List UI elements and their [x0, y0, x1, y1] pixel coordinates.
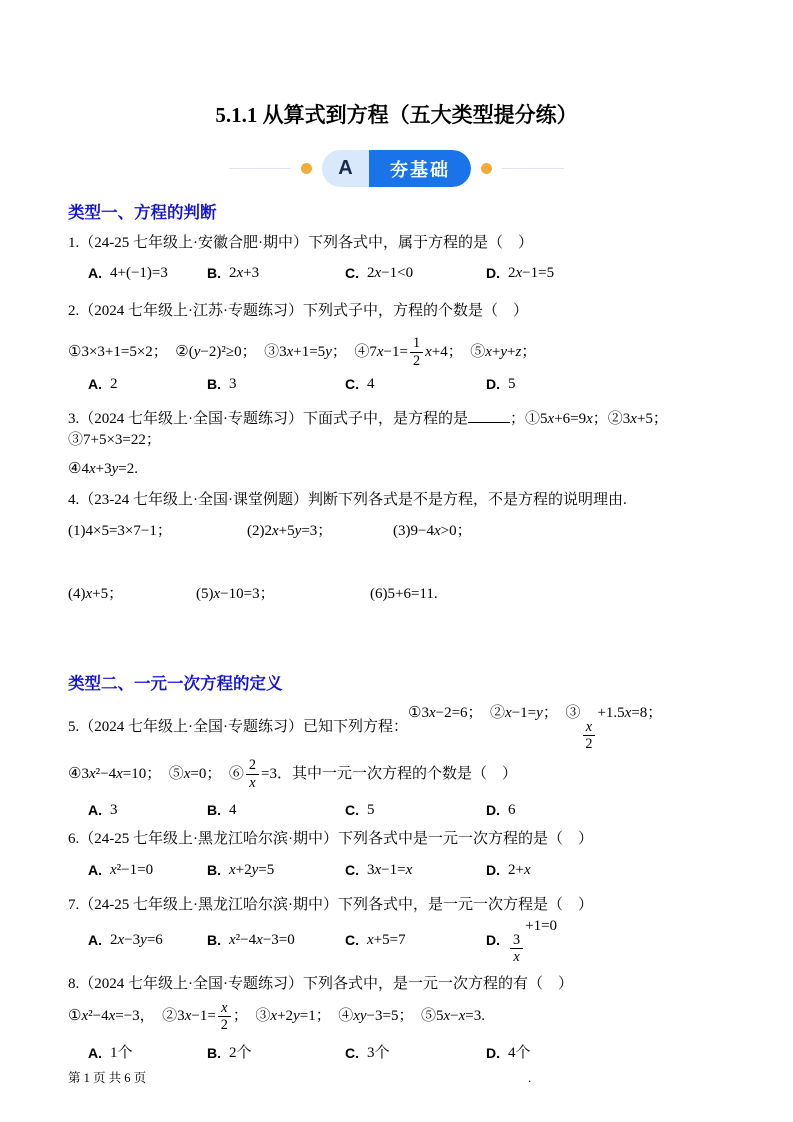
- option-label: D.: [486, 1043, 500, 1064]
- option-a: A. 1个: [88, 1043, 207, 1064]
- option-label: A.: [88, 860, 102, 881]
- question-8: 8.（2024 七年级上·全国·专题练习）下列各式中，是一元一次方程的有（ ） …: [68, 974, 725, 1064]
- option-label: C.: [345, 1043, 359, 1064]
- section-heading-1: 类型一、方程的判断: [68, 202, 725, 224]
- option-d: D. 3x+1=0: [486, 916, 725, 965]
- option-a: A. x²−1=0: [88, 860, 207, 881]
- question-5-stem-text: 5.（2024 七年级上·全国·专题练习）已知下列方程：: [68, 717, 408, 738]
- question-4-row1: (1)4×5=3×7−1； (2)2x+5y=3； (3)9−4x>0；: [68, 521, 725, 542]
- question-8-options: A. 1个 B. 2个 C. 3个 D. 4个: [88, 1043, 725, 1064]
- option-b: B. 3: [207, 374, 345, 395]
- option-label: A.: [88, 374, 102, 395]
- option-value: 1个: [110, 1043, 133, 1064]
- option-label: D.: [486, 374, 500, 395]
- option-c: C. 4: [345, 374, 486, 395]
- option-value: x²−1=0: [110, 860, 153, 881]
- question-5: 5.（2024 七年级上·全国·专题练习）已知下列方程：①3x−2=6； ②x−…: [68, 703, 725, 821]
- question-5-stem-math: ①3x−2=6； ②x−1=y； ③x2+1.5x=8；: [408, 703, 662, 752]
- option-label: D.: [486, 800, 500, 821]
- option-label: A.: [88, 800, 102, 821]
- page-number: 第 1 页 共 6 页: [68, 1071, 146, 1085]
- option-label: C.: [345, 263, 359, 284]
- option-value: 4个: [508, 1043, 531, 1064]
- badge-dot-left: [301, 163, 312, 174]
- subitem-3: (3)9−4x>0；: [393, 521, 725, 542]
- badge-line-right: [502, 168, 564, 169]
- option-b: B. x²−4x−3=0: [207, 930, 345, 951]
- option-d: D. 2+x: [486, 860, 725, 881]
- question-5-stem: 5.（2024 七年级上·全国·专题练习）已知下列方程：①3x−2=6； ②x−…: [68, 703, 725, 752]
- question-4: 4.（23-24 七年级上·全国·课堂例题）判断下列各式是不是方程，不是方程的说…: [68, 490, 725, 605]
- option-label: B.: [207, 374, 221, 395]
- badge-dot-right: [481, 163, 492, 174]
- question-8-stem: 8.（2024 七年级上·全国·专题练习）下列各式中，是一元一次方程的有（ ）: [68, 974, 725, 995]
- option-value: 2: [110, 374, 118, 395]
- option-label: A.: [88, 930, 102, 951]
- question-3-line2: ④4x+3y=2.: [68, 459, 725, 480]
- option-b: B. x+2y=5: [207, 860, 345, 881]
- option-value: 6: [508, 800, 516, 821]
- option-c: C. 2x−1<0: [345, 263, 486, 284]
- level-badge-row: A 夯基础: [0, 150, 793, 187]
- question-5-line2: ④3x²−4x=10； ⑤x=0； ⑥2x=3．其中一元一次方程的个数是（ ）: [68, 752, 725, 796]
- option-c: C. 3个: [345, 1043, 486, 1064]
- question-2-options: A. 2 B. 3 C. 4 D. 5: [88, 374, 725, 395]
- question-4-stem: 4.（23-24 七年级上·全国·课堂例题）判断下列各式是不是方程，不是方程的说…: [68, 490, 725, 511]
- option-label: B.: [207, 263, 221, 284]
- option-label: D.: [486, 930, 500, 951]
- option-label: A.: [88, 1043, 102, 1064]
- option-value: 2+x: [508, 860, 531, 881]
- question-1: 1.（24-25 七年级上·安徽合肥·期中）下列各式中，属于方程的是（ ） A.…: [68, 233, 725, 284]
- option-value: 4+(−1)=3: [110, 263, 168, 284]
- option-value: 3个: [367, 1043, 390, 1064]
- option-value: 5: [508, 374, 516, 395]
- question-6-options: A. x²−1=0 B. x+2y=5 C. 3x−1=x D. 2+x: [88, 860, 725, 881]
- option-d: D. 5: [486, 374, 725, 395]
- option-c: C. 5: [345, 800, 486, 821]
- subitem-6: (6)5+6=11.: [370, 584, 725, 605]
- option-b: B. 2x+3: [207, 263, 345, 284]
- question-6: 6.（24-25 七年级上·黑龙江哈尔滨·期中）下列各式中是一元一次方程的是（ …: [68, 829, 725, 881]
- subitem-4: (4)x+5；: [68, 584, 196, 605]
- question-1-options: A. 4+(−1)=3 B. 2x+3 C. 2x−1<0 D. 2x−1=5: [88, 263, 725, 284]
- option-label: A.: [88, 263, 102, 284]
- option-value: 4: [367, 374, 375, 395]
- worksheet-content: 类型一、方程的判断 1.（24-25 七年级上·安徽合肥·期中）下列各式中，属于…: [0, 202, 793, 1064]
- option-c: C. 3x−1=x: [345, 860, 486, 881]
- option-label: B.: [207, 1043, 221, 1064]
- badge-letter: A: [322, 150, 369, 187]
- question-3: 3.（2024 七年级上·全国·专题练习）下面式子中，是方程的是；①5x+6=9…: [68, 407, 725, 480]
- option-c: C. x+5=7: [345, 930, 486, 951]
- option-value: x+5=7: [367, 930, 406, 951]
- question-2: 2.（2024 七年级上·江苏·专题练习）下列式子中，方程的个数是（ ） ①3×…: [68, 301, 725, 395]
- option-value: 2x−1<0: [367, 263, 413, 284]
- option-label: D.: [486, 263, 500, 284]
- page-title: 5.1.1 从算式到方程（五大类型提分练）: [0, 102, 793, 129]
- option-a: A. 4+(−1)=3: [88, 263, 207, 284]
- option-label: D.: [486, 860, 500, 881]
- level-badge: A 夯基础: [322, 150, 471, 187]
- question-3-stem: 3.（2024 七年级上·全国·专题练习）下面式子中，是方程的是；①5x+6=9…: [68, 407, 725, 451]
- option-d: D. 2x−1=5: [486, 263, 725, 284]
- option-label: B.: [207, 930, 221, 951]
- option-label: C.: [345, 374, 359, 395]
- option-value: 3x+1=0: [508, 916, 557, 965]
- option-value: x+2y=5: [229, 860, 274, 881]
- question-2-items: ①3×3+1=5×2； ②(y−2)²≥0； ③3x+1=5y； ④7x−1=1…: [68, 330, 725, 374]
- option-label: B.: [207, 860, 221, 881]
- worksheet-page: 5.1.1 从算式到方程（五大类型提分练） A 夯基础 类型一、方程的判断 1.…: [0, 0, 793, 1122]
- option-b: B. 4: [207, 800, 345, 821]
- option-d: D. 4个: [486, 1043, 725, 1064]
- option-d: D. 6: [486, 800, 725, 821]
- badge-line-left: [229, 168, 291, 169]
- subitem-1: (1)4×5=3×7−1；: [68, 521, 247, 542]
- option-value: 5: [367, 800, 375, 821]
- option-value: 2x−3y=6: [110, 930, 163, 951]
- question-3-stem-text: 3.（2024 七年级上·全国·专题练习）下面式子中，是方程的是: [68, 411, 468, 427]
- question-5-options: A. 3 B. 4 C. 5 D. 6: [88, 800, 725, 821]
- option-a: A. 2: [88, 374, 207, 395]
- section-heading-2: 类型二、一元一次方程的定义: [68, 673, 725, 695]
- question-6-stem: 6.（24-25 七年级上·黑龙江哈尔滨·期中）下列各式中是一元一次方程的是（ …: [68, 829, 725, 850]
- option-b: B. 2个: [207, 1043, 345, 1064]
- question-1-stem: 1.（24-25 七年级上·安徽合肥·期中）下列各式中，属于方程的是（ ）: [68, 233, 725, 254]
- option-value: 2x−1=5: [508, 263, 554, 284]
- question-7-options: A. 2x−3y=6 B. x²−4x−3=0 C. x+5=7 D. 3x+1…: [88, 916, 725, 965]
- subitem-2: (2)2x+5y=3；: [247, 521, 393, 542]
- option-value: x²−4x−3=0: [229, 930, 295, 951]
- option-label: B.: [207, 800, 221, 821]
- option-value: 3: [110, 800, 118, 821]
- option-a: A. 2x−3y=6: [88, 930, 207, 951]
- question-8-items: ①x²−4x=−3， ②3x−1=x2； ③x+2y=1； ④xy−3=5； ⑤…: [68, 995, 725, 1039]
- question-7-stem: 7.（24-25 七年级上·黑龙江哈尔滨·期中）下列各式中，是一元一次方程是（ …: [68, 895, 725, 916]
- question-2-stem: 2.（2024 七年级上·江苏·专题练习）下列式子中，方程的个数是（ ）: [68, 301, 725, 322]
- question-4-row2: (4)x+5； (5)x−10=3； (6)5+6=11.: [68, 584, 725, 605]
- badge-label: 夯基础: [369, 150, 471, 187]
- option-label: C.: [345, 860, 359, 881]
- option-value: 3x−1=x: [367, 860, 412, 881]
- option-value: 2x+3: [229, 263, 259, 284]
- page-footer: 第 1 页 共 6 页: [68, 1068, 146, 1086]
- option-value: 4: [229, 800, 237, 821]
- question-7: 7.（24-25 七年级上·黑龙江哈尔滨·期中）下列各式中，是一元一次方程是（ …: [68, 895, 725, 965]
- stray-dot: .: [528, 1070, 531, 1086]
- option-value: 2个: [229, 1043, 252, 1064]
- option-label: C.: [345, 800, 359, 821]
- option-label: C.: [345, 930, 359, 951]
- subitem-5: (5)x−10=3；: [196, 584, 370, 605]
- option-a: A. 3: [88, 800, 207, 821]
- option-value: 3: [229, 374, 237, 395]
